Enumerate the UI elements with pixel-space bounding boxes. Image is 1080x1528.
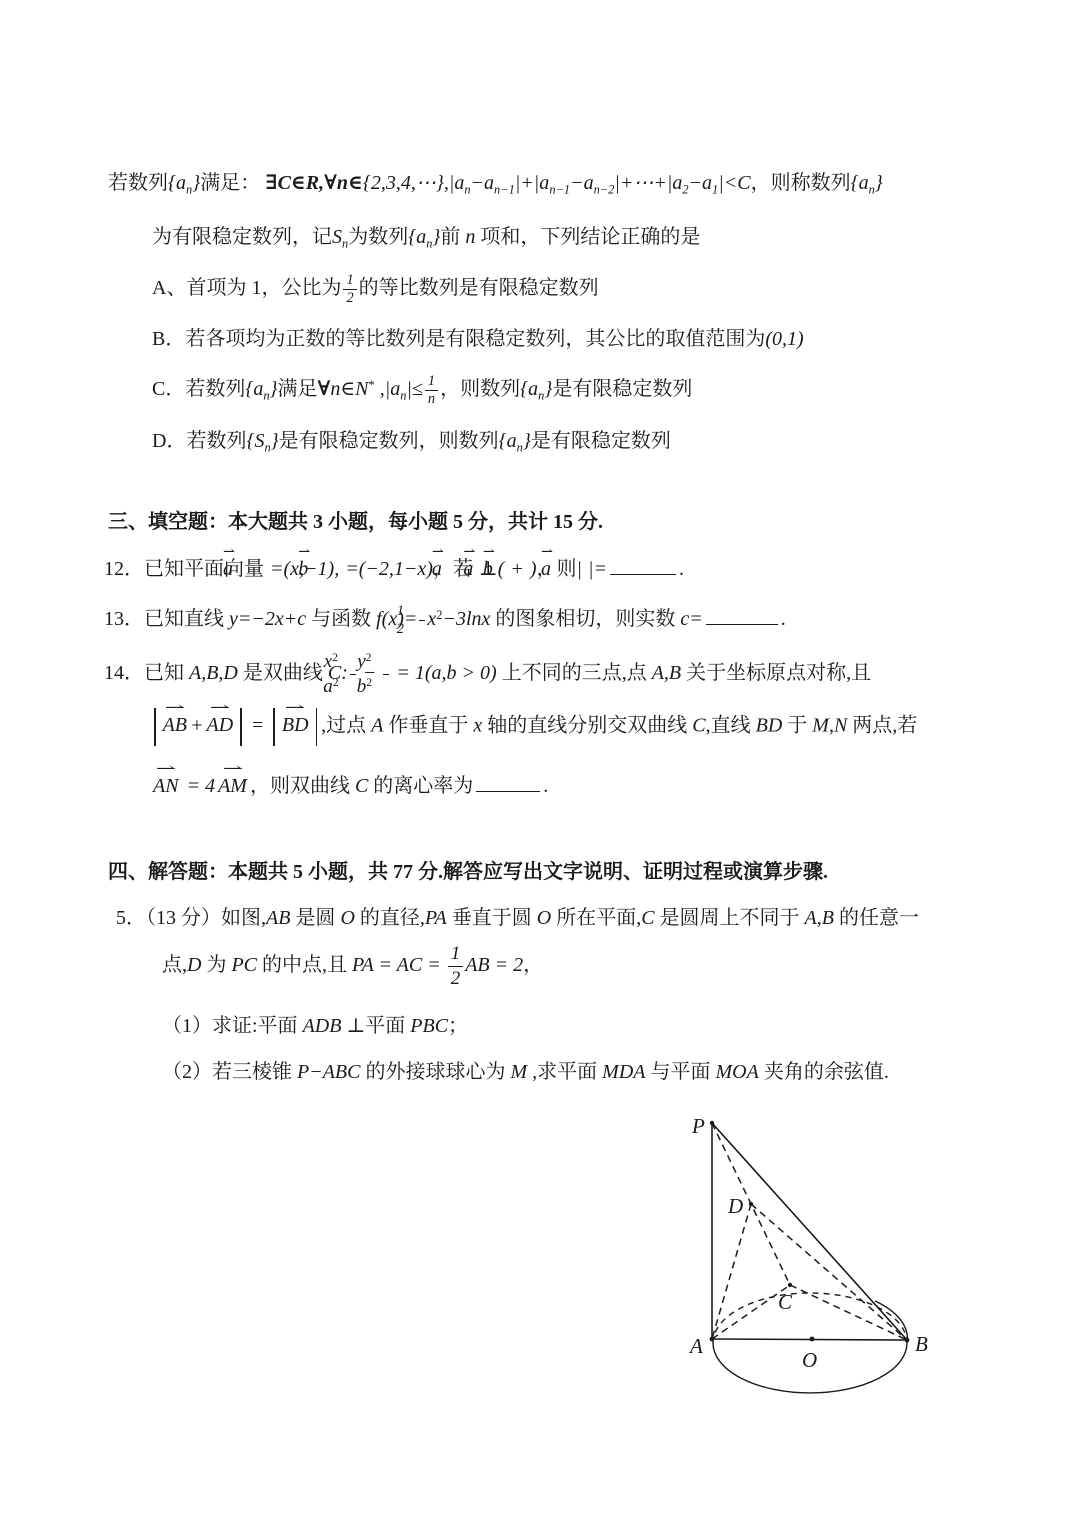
label-B: B — [915, 1332, 928, 1356]
label-A: A — [688, 1334, 703, 1358]
question-11-option-a: A、首项为 1，公比为12的等比数列是有限稳定数列 — [0, 273, 1080, 306]
geometry-figure: P D C A O B — [662, 1105, 982, 1450]
point-C — [788, 1283, 792, 1287]
question-15-line-1: 5．（13 分）如图,AB 是圆 O 的直径,PA 垂直于圆 O 所在平面,C … — [0, 903, 1080, 933]
edge-DB — [751, 1204, 907, 1340]
question-11-line-1: 若数列{an}满足： ∃C∈R,∀n∈{2,3,4,⋯},|an−an−1|+|… — [0, 168, 1080, 204]
question-14-line-3: ⇀AN = 4⇀AM，则双曲线 C 的离心率为. — [0, 770, 1080, 801]
question-14-line-1: 14．已知 A,B,D 是双曲线 C:x2a2 − y2b2 = 1(a,b >… — [0, 651, 1080, 698]
label-P: P — [691, 1114, 705, 1138]
label-C: C — [778, 1290, 793, 1314]
point-A — [710, 1337, 715, 1342]
edge-AB — [712, 1339, 907, 1340]
label-D: D — [727, 1194, 743, 1218]
point-P — [710, 1121, 714, 1125]
question-15-part-1: （1）求证:平面 ADB ⊥平面 PBC； — [0, 1011, 1080, 1041]
point-O — [810, 1337, 815, 1342]
question-15-line-2: 点,D 为 PC 的中点,且 PA = AC = 12AB = 2， — [0, 943, 1080, 990]
question-13: 13．已知直线 y=−2x+c 与函数 f(x)=12x2−3lnx 的图象相切… — [0, 600, 1080, 637]
point-D — [749, 1202, 753, 1206]
section-3-header: 三、填空题：本大题共 3 小题，每小题 5 分，共计 15 分. — [0, 507, 1080, 537]
question-12: 12．已知平面向量⇀a=(x,−1),⇀b=(−2,1−x)，若⇀a⊥(⇀a+⇀… — [0, 553, 1080, 584]
point-B — [905, 1338, 910, 1343]
question-11-option-c: C．若数列{an}满足∀n∈N* ,|an|≤1n，则数列{an}是有限稳定数列 — [0, 370, 1080, 411]
question-11-option-d: D．若数列{Sn}是有限稳定数列，则数列{an}是有限稳定数列 — [0, 426, 1080, 462]
edge-DA — [712, 1204, 751, 1339]
question-14-line-2: ⇀AB+⇀AD = ⇀BD,过点 A 作垂直于 x 轴的直线分别交双曲线 C,直… — [0, 708, 1080, 746]
question-11-line-2: 为有限稳定数列，记Sn为数列{an}前 n 项和，下列结论正确的是 — [0, 222, 1080, 258]
cone-sphere-diagram: P D C A O B — [662, 1105, 982, 1450]
exam-page: 若数列{an}满足： ∃C∈R,∀n∈{2,3,4,⋯},|an−an−1|+|… — [0, 0, 1080, 1450]
question-15-part-2: （2）若三棱锥 P−ABC 的外接球球心为 M ,求平面 MDA 与平面 MOA… — [0, 1057, 1080, 1087]
question-11-option-b: B．若各项均为正数的等比数列是有限稳定数列，其公比的取值范围为(0,1) — [0, 324, 1080, 354]
label-O: O — [802, 1348, 817, 1372]
section-4-header: 四、解答题：本题共 5 小题，共 77 分.解答应写出文字说明、证明过程或演算步… — [0, 857, 1080, 887]
